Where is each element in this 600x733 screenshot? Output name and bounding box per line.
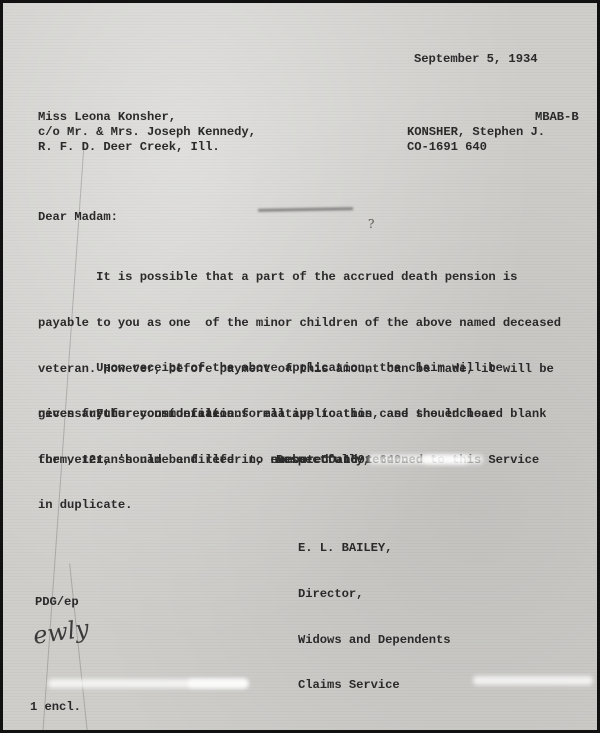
scan-streak [473, 676, 593, 685]
signer-division: Widows and Dependents [298, 633, 451, 648]
enclosure-note: 1 encl. [30, 700, 81, 715]
signer-title: Director, [298, 587, 451, 602]
scan-streak [423, 455, 483, 464]
case-number: CO-1691 640 [407, 140, 545, 155]
signer-service: Claims Service [298, 678, 451, 693]
pencil-mark: ? [368, 217, 374, 231]
paragraph-line: payable to you as one of the minor child… [38, 316, 561, 331]
case-name: KONSHER, Stephen J. [407, 125, 545, 140]
recipient-address: Miss Leona Konsher,c/o Mr. & Mrs. Joseph… [38, 110, 256, 156]
signer-name: E. L. BAILEY, [298, 541, 451, 556]
scan-streak [188, 679, 248, 688]
paragraph-line: Upon receipt of the above application, t… [38, 361, 503, 376]
signature-block: E. L. BAILEY, Director, Widows and Depen… [298, 511, 451, 724]
letter-date: September 5, 1934 [414, 52, 537, 67]
closing: Respectfully, [276, 453, 370, 468]
recipient-line: Miss Leona Konsher, [38, 110, 256, 125]
salutation: Dear Madam: [38, 210, 118, 225]
recipient-line: R. F. D. Deer Creek, Ill. [38, 140, 256, 155]
handwritten-initials: ewly [31, 614, 90, 650]
letter-page: September 5, 1934 Miss Leona Konsher,c/o… [3, 3, 597, 730]
case-reference: KONSHER, Stephen J.CO-1691 640 [407, 125, 545, 155]
reference-code: MBAB-B [535, 110, 579, 125]
typist-initials: PDG/ep [35, 595, 79, 610]
recipient-line: c/o Mr. & Mrs. Joseph Kennedy, [38, 125, 256, 140]
paragraph-line: Future communications relative to this c… [38, 407, 496, 422]
ink-smudge [258, 207, 353, 212]
body-paragraph: Future communications relative to this c… [38, 377, 496, 499]
paragraph-line: It is possible that a part of the accrue… [38, 270, 561, 285]
